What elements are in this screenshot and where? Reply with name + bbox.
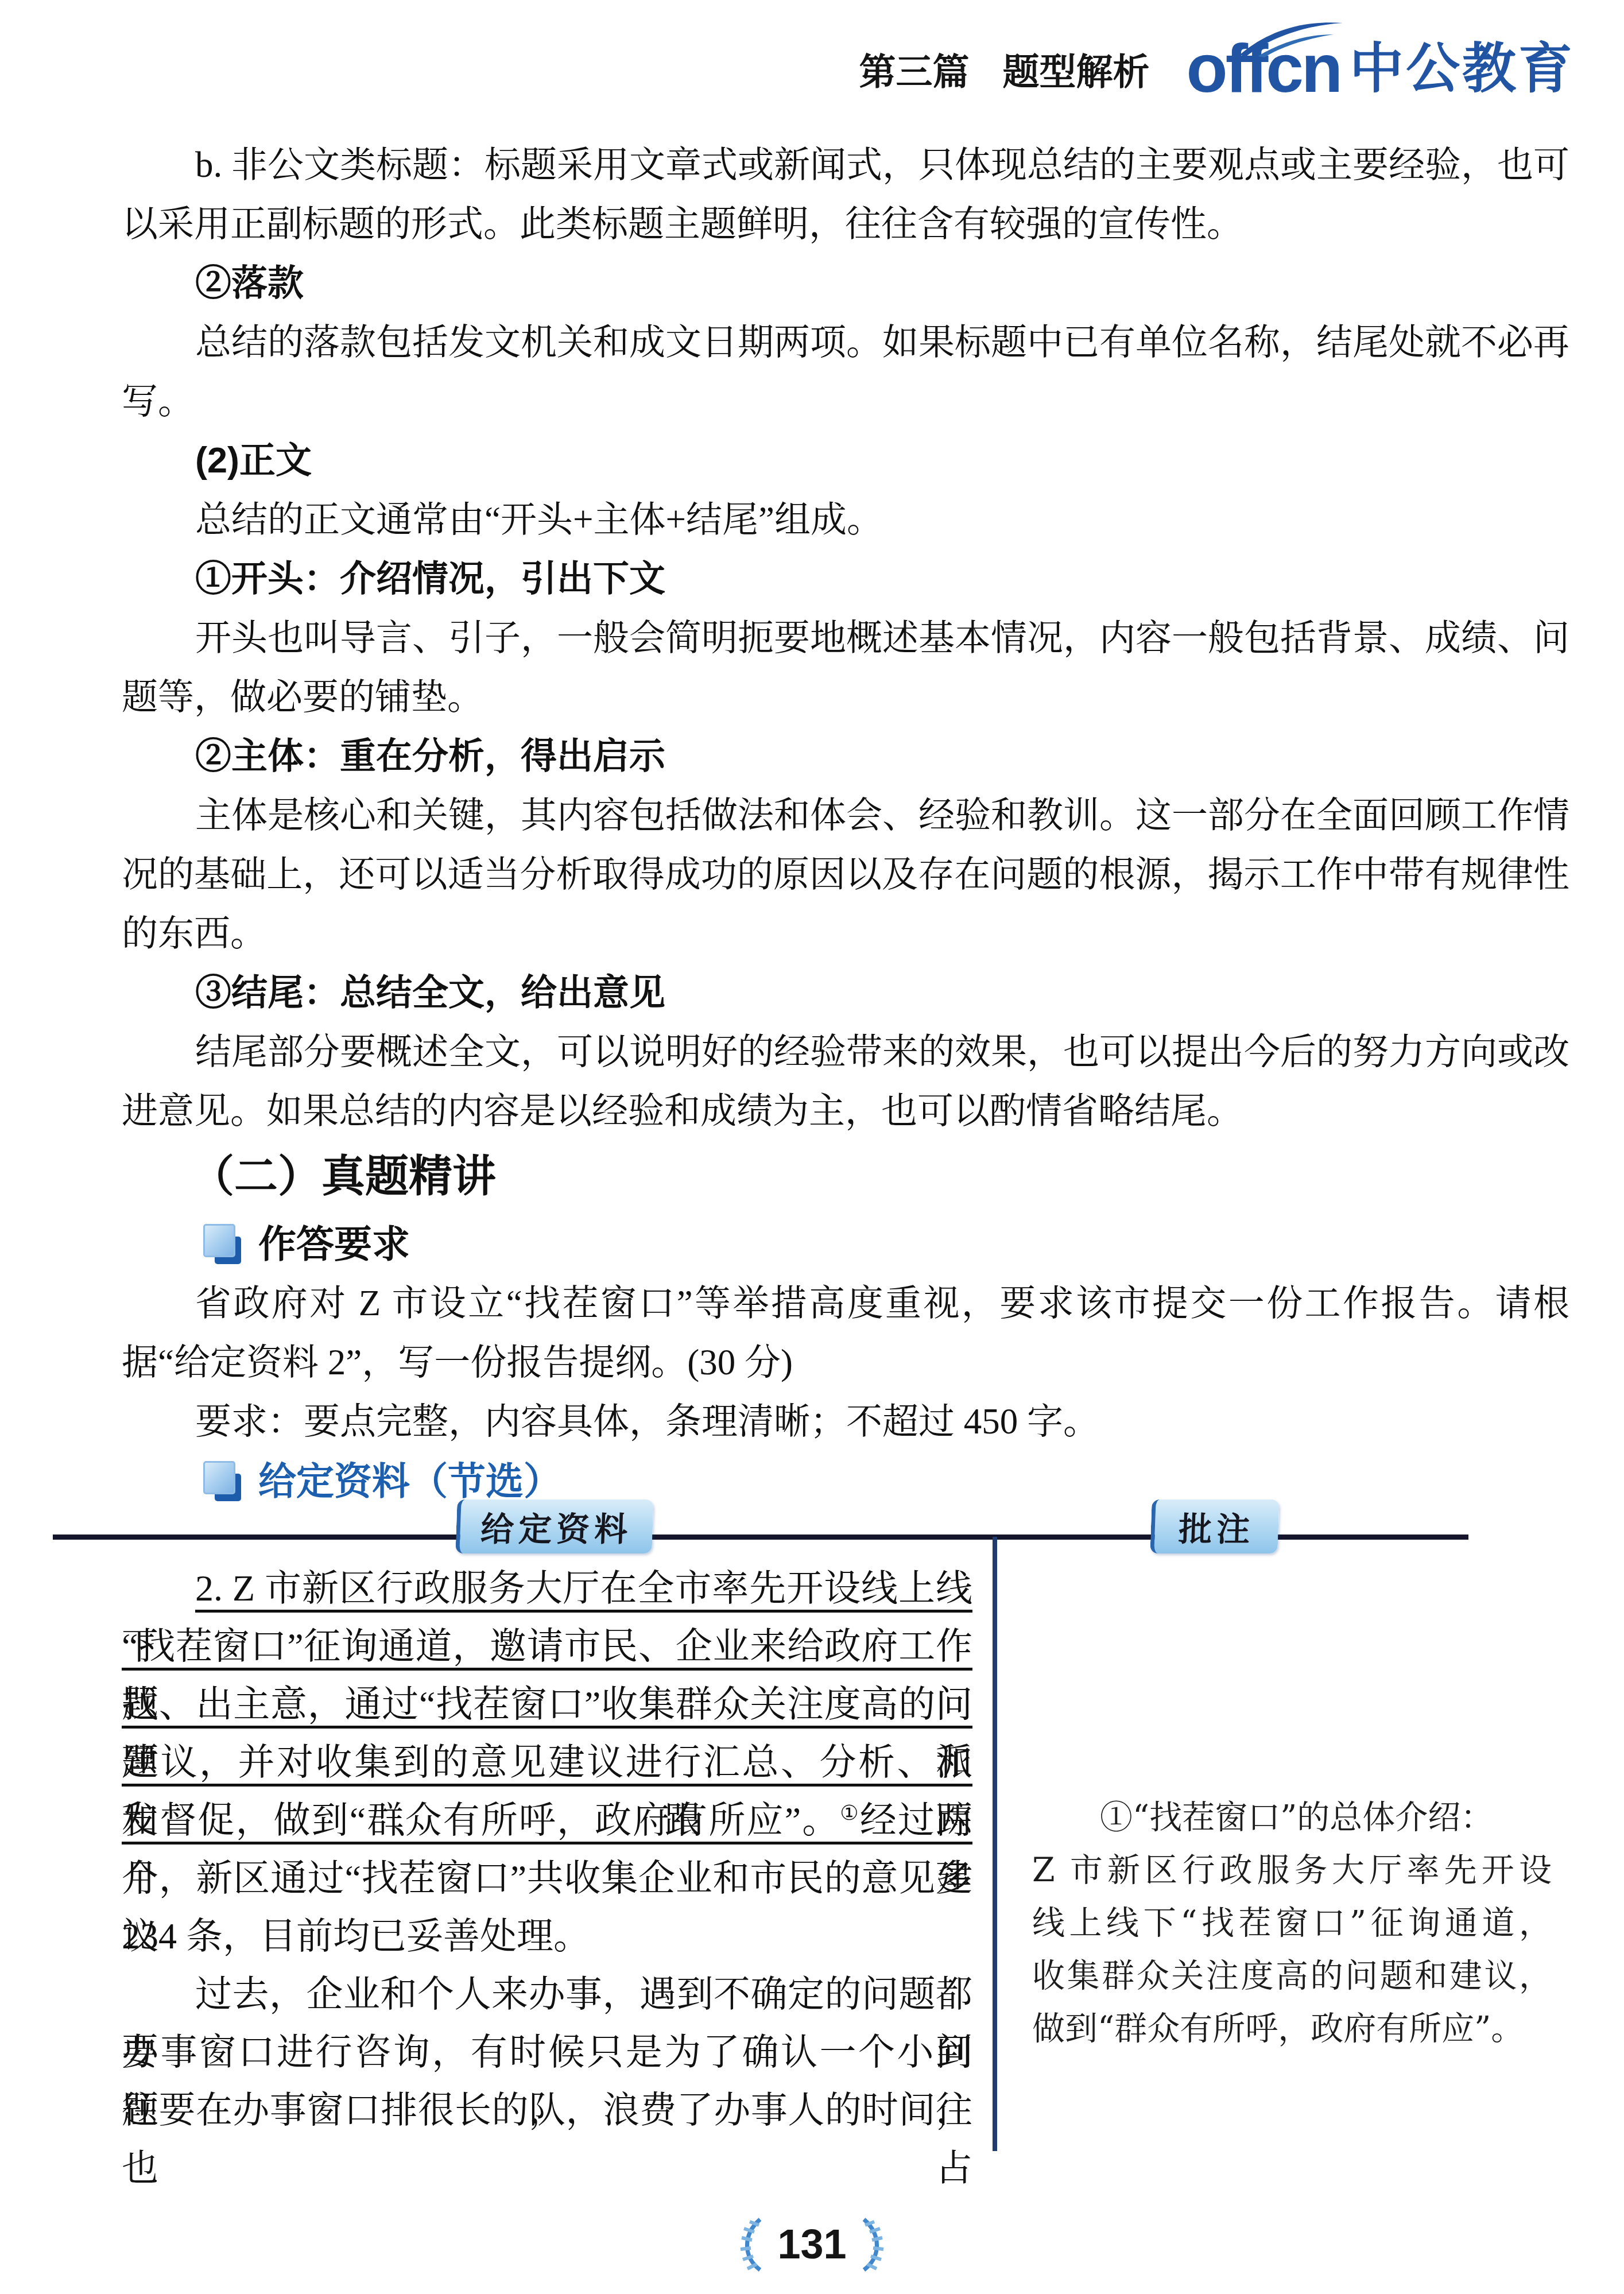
tab-annotations: 批注 [1150, 1499, 1279, 1553]
paragraph: 总结的正文通常由“开头+主体+结尾”组成。 [122, 490, 1569, 549]
materials-line: 题、出主意，通过“找茬窗口”收集群众关注度高的问题和 [122, 1675, 972, 1733]
chapter-heading: 第三篇 题型解析 [859, 42, 1150, 95]
page-header: 第三篇 题型解析 offcn 中公教育 [859, 40, 1575, 98]
paragraph: 主体是核心和关键，其内容包括做法和体会、经验和教训。这一部分在全面回顾工作情况的… [122, 786, 1569, 963]
page-footer: 131 [0, 2217, 1624, 2272]
offcn-logo-cjk: 中公教育 [1350, 40, 1575, 98]
materials-line: 过去，企业和个人来办事，遇到不确定的问题都要到 [122, 1965, 972, 2023]
sub-heading: (2)正文 [122, 431, 1569, 490]
chapter-section-label: 题型解析 [1003, 42, 1150, 95]
paragraph: 省政府对 Z 市设立“找茬窗口”等举措高度重视，要求该市提交一份工作报告。请根据… [122, 1274, 1569, 1392]
book-page: 第三篇 题型解析 offcn 中公教育 b. 非公文类标题：标题采用文章式或新闻… [0, 0, 1624, 2294]
materials-line: 办事窗口进行咨询，有时候只是为了确认一个小问题，往 [122, 2023, 972, 2081]
materials-line: 建议，并对收集到的意见建议进行汇总、分析、派发、跟踪 [122, 1733, 972, 1791]
answer-requirements-title: 作答要求 [258, 1215, 410, 1274]
answer-requirements-title-row: 作答要求 [122, 1214, 1569, 1274]
annotation-line: Z 市新区行政服务大厅率先开设 [1032, 1844, 1552, 1897]
materials-line: 2. Z 市新区行政服务大厅在全市率先开设线上线下 [122, 1559, 972, 1617]
chapter-part-label: 第三篇 [859, 42, 970, 95]
column-divider [993, 1537, 997, 2151]
annotation-line: ①“找茬窗口”的总体介绍： [1032, 1791, 1552, 1844]
paragraph: 结尾部分要概述全文，可以说明好的经验带来的效果，也可以提出今后的努力方向或改进意… [122, 1022, 1569, 1141]
laurel-left-icon [735, 2217, 766, 2272]
underlined-text: 和督促，做到“群众有所呼，政府有所应”。 [122, 1800, 840, 1840]
offcn-logo: offcn 中公教育 [1187, 40, 1575, 98]
main-content: b. 非公文类标题：标题采用文章式或新闻式，只体现总结的主要观点或主要经验，也可… [122, 135, 1569, 1511]
plain-text: 往要在办事窗口排很长的队，浪费了办事人的时间，也占 [122, 2090, 972, 2188]
sub-heading: ②落款 [122, 254, 1569, 313]
annotation-line: 线上线下“找茬窗口”征询通道， [1032, 1897, 1552, 1950]
page-number: 131 [777, 2221, 846, 2268]
paragraph: 要求：要点完整，内容具体，条理清晰；不超过 450 字。 [122, 1392, 1569, 1451]
tab-given-materials-label: 给定资料 [480, 1502, 633, 1551]
materials-line: 月，新区通过“找茬窗口”共收集企业和市民的意见建议 [122, 1849, 972, 1907]
book-icon [203, 1461, 241, 1501]
materials-line: 往要在办事窗口排很长的队，浪费了办事人的时间，也占 [122, 2081, 972, 2139]
sub-heading: ①开头：介绍情况，引出下文 [122, 549, 1569, 609]
paragraph: b. 非公文类标题：标题采用文章式或新闻式，只体现总结的主要观点或主要经验，也可… [122, 135, 1569, 254]
footnote-marker: ① [840, 1801, 859, 1824]
materials-line: 234 条，目前均已妥善处理。 [122, 1907, 972, 1965]
book-icon-front [203, 1224, 235, 1257]
given-materials-title-row: 给定资料（节选） [122, 1451, 1569, 1511]
paragraph: 开头也叫导言、引子，一般会简明扼要地概述基本情况，内容一般包括背景、成绩、问题等… [122, 609, 1569, 727]
book-icon-front [203, 1461, 235, 1494]
annotation-line: 做到“群众有所呼，政府有所应”。 [1032, 2002, 1552, 2055]
section-heading: （二）真题精讲 [122, 1143, 1569, 1211]
materials-line: 和督促，做到“群众有所呼，政府有所应”。①经过两个多 [122, 1791, 972, 1849]
logo-swoosh-icon [1237, 21, 1346, 57]
materials-line: “找茬窗口”征询通道，邀请市民、企业来给政府工作找问 [122, 1617, 972, 1675]
plain-text: 234 条，目前均已妥善处理。 [122, 1916, 590, 1956]
tab-given-materials: 给定资料 [455, 1499, 653, 1553]
annotation-column: ①“找茬窗口”的总体介绍： Z 市新区行政服务大厅率先开设 线上线下“找茬窗口”… [1032, 1791, 1552, 2055]
paragraph: 总结的落款包括发文机关和成文日期两项。如果标题中已有单位名称，结尾处就不必再写。 [122, 313, 1569, 431]
book-icon [203, 1224, 241, 1264]
annotation-line: 收集群众关注度高的问题和建议， [1032, 1950, 1552, 2002]
laurel-right-icon [858, 2217, 889, 2272]
sub-heading: ②主体：重在分析，得出启示 [122, 727, 1569, 786]
materials-text-column: 2. Z 市新区行政服务大厅在全市率先开设线上线下 “找茬窗口”征询通道，邀请市… [122, 1559, 972, 2139]
sub-heading: ③结尾：总结全文，给出意见 [122, 963, 1569, 1022]
offcn-logo-latin: offcn [1187, 40, 1340, 98]
tab-annotations-label: 批注 [1178, 1502, 1255, 1551]
